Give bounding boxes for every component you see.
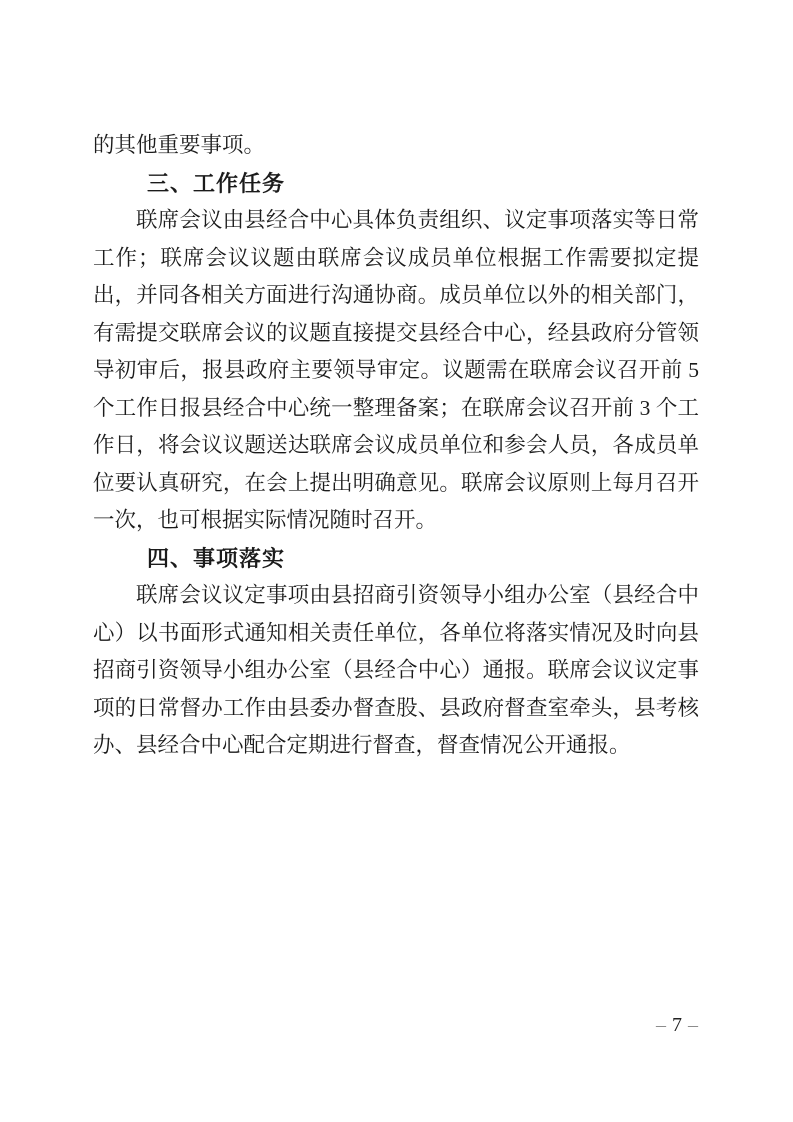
paragraph-continuation: 的其他重要事项。 [93, 127, 699, 165]
page-number-dash-left: – [656, 1014, 666, 1036]
paragraph-section-3: 联席会议由县经合中心具体负责组织、议定事项落实等日常工作；联席会议议题由联席会议… [93, 202, 699, 540]
heading-section-3: 三、工作任务 [93, 165, 699, 203]
page-number-dash-right: – [688, 1014, 698, 1036]
document-page: 的其他重要事项。三、工作任务联席会议由县经合中心具体负责组织、议定事项落实等日常… [0, 0, 793, 1122]
paragraph-section-4: 联席会议议定事项由县招商引资领导小组办公室（县经合中心）以书面形式通知相关责任单… [93, 577, 699, 765]
document-body: 的其他重要事项。三、工作任务联席会议由县经合中心具体负责组织、议定事项落实等日常… [93, 127, 699, 765]
page-number-value: 7 [672, 1014, 682, 1036]
heading-section-4: 四、事项落实 [93, 540, 699, 578]
page-number: –7– [656, 1012, 698, 1038]
